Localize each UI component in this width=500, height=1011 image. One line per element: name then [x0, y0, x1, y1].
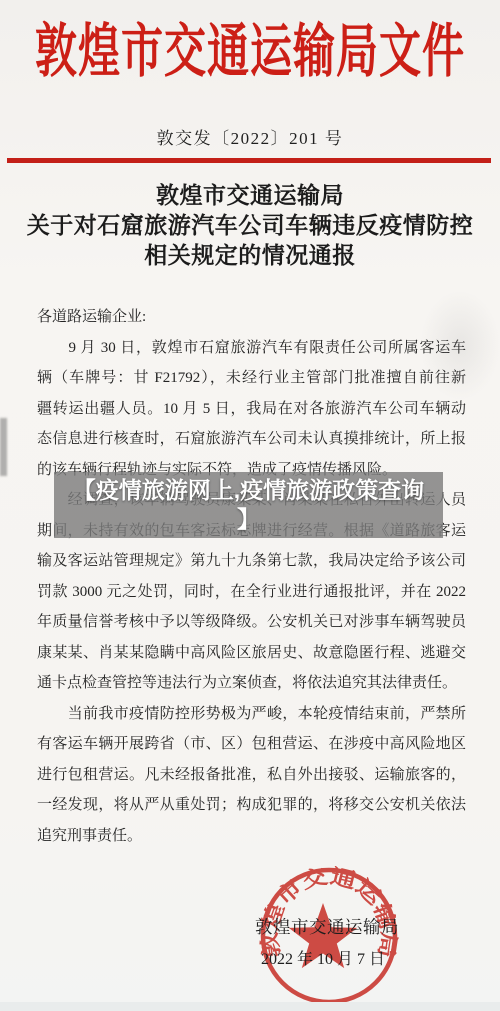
body-line: 当前我市疫情防控形势极为严峻，本轮疫情结束前，严禁所 [37, 699, 466, 730]
letterhead-org-title: 敦煌市交通运输局文件 [0, 6, 500, 89]
document-title: 敦煌市交通运输局 关于对石窟旅游汽车公司车辆违反疫情防控 相关规定的情况通报 [0, 181, 500, 271]
caption-overlay-line: 】 [54, 505, 443, 534]
document-number: 敦交发〔2022〕201 号 [0, 124, 500, 149]
body-salutation: 各道路运输企业: [37, 302, 466, 333]
body-line: 年质量信誉考核中予以等级降级。公安机关已对涉事车辆驾驶员 [37, 607, 466, 638]
document-title-line: 敦煌市交通运输局 [0, 181, 500, 211]
body-line: 有客运车辆开展跨省（市、区）包租营运、在涉疫中高风险地区 [37, 729, 466, 760]
photo-bottom-strip [0, 1002, 500, 1011]
photo-smudge [420, 290, 500, 400]
body-line: 一经发现，将从严从重处罚；构成犯罪的，将移交公安机关依法 [37, 790, 466, 821]
body-line: 康某某、肖某某隐瞒中高风险区旅居史、故意隐匿行程、逃避交 [37, 638, 466, 669]
signature-date: 2022 年 10 月 7 日 [250, 946, 396, 969]
photo-edge-shadow [0, 418, 7, 476]
caption-overlay-banner: 【疫情旅游网上,疫情旅游政策查询 】 [54, 472, 443, 538]
document-body: 各道路运输企业: 9 月 30 日，敦煌市石窟旅游汽车有限责任公司所属客运车 辆… [37, 302, 466, 851]
body-line: 进行包租营运。凡未经报备批准，私自外出接驳、运输旅客的， [37, 760, 466, 791]
body-line: 输及客运站管理规定》第九十九条第七款，我局决定给予该公司 [37, 546, 466, 577]
red-divider-rule [7, 158, 491, 163]
document-photo-page: 敦煌市交通运输局文件 敦交发〔2022〕201 号 敦煌市交通运输局 关于对石窟… [0, 0, 500, 1011]
body-line: 罚款 3000 元之处罚，同时，在全行业进行通报批评，并在 2022 [37, 577, 466, 608]
signature-org-name: 敦煌市交通运输局 [252, 914, 402, 939]
body-line: 追究刑事责任。 [37, 821, 466, 852]
body-line: 态信息进行核查时，石窟旅游汽车公司未认真摸排统计，所上报 [37, 424, 466, 455]
document-title-line: 关于对石窟旅游汽车公司车辆违反疫情防控 [0, 211, 500, 241]
body-line: 9 月 30 日，敦煌市石窟旅游汽车有限责任公司所属客运车 [37, 333, 466, 364]
body-line: 通卡点检查管控等违法行为立案侦查，将依法追究其法律责任。 [37, 668, 466, 699]
document-title-line: 相关规定的情况通报 [0, 241, 500, 271]
body-line: 辆（车牌号：甘 F21792），未经行业主管部门批准擅自前往新 [37, 363, 466, 394]
caption-overlay-line: 【疫情旅游网上,疫情旅游政策查询 [54, 476, 443, 505]
body-line: 疆转运出疆人员。10 月 5 日，我局在对各旅游汽车公司车辆动 [37, 394, 466, 425]
